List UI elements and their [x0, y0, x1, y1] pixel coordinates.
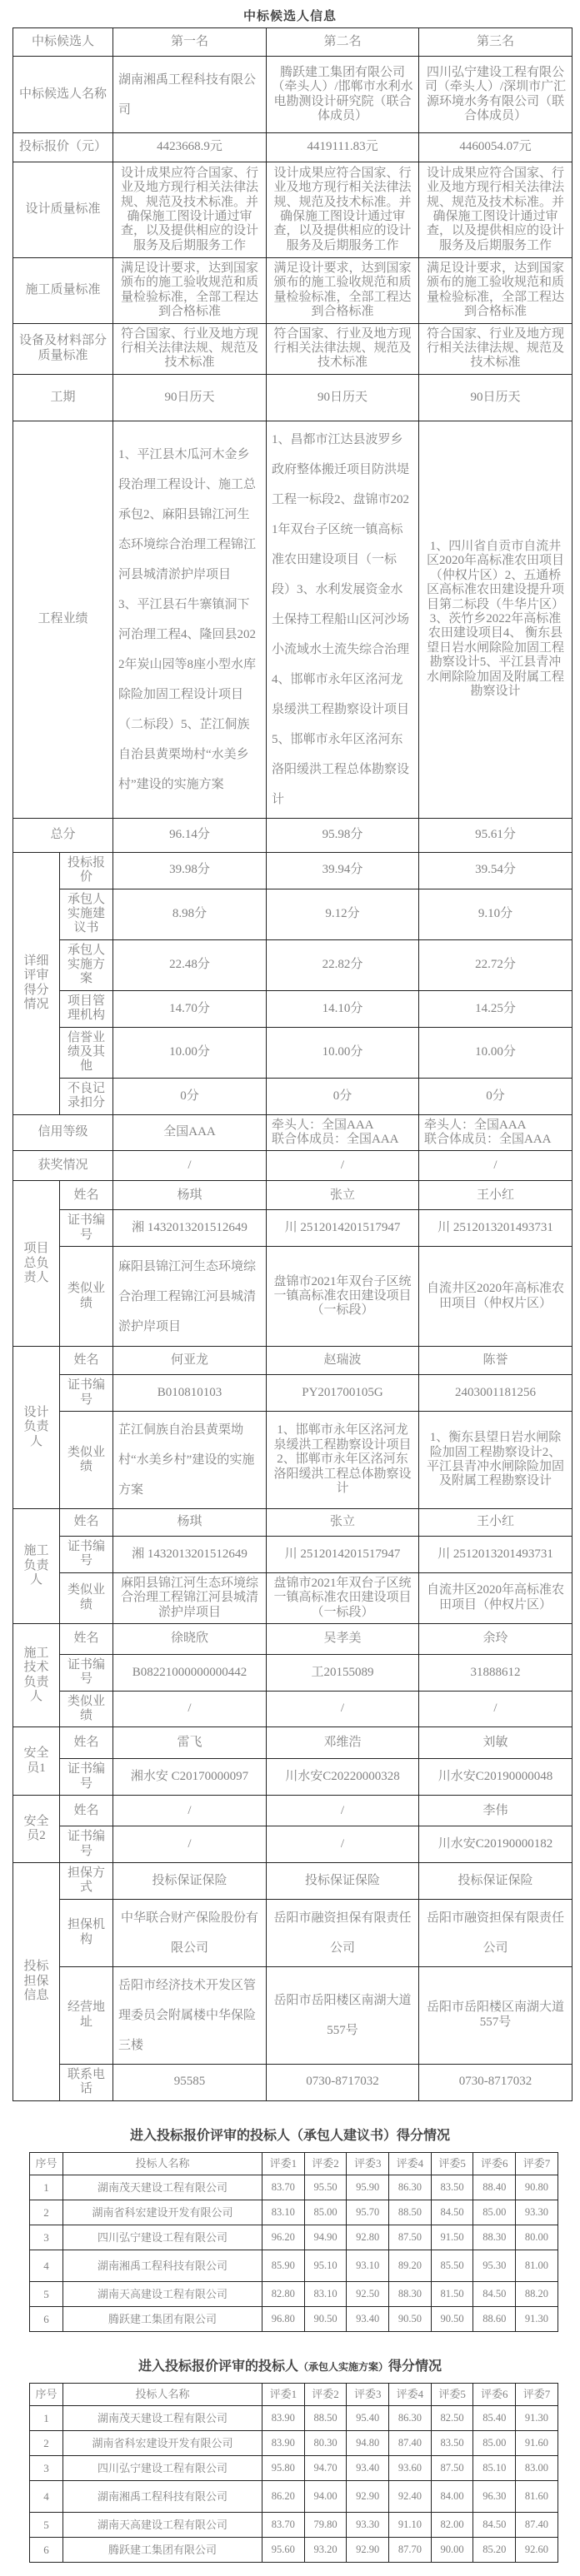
table-row: 投标报价（元） 4423668.9元 4419111.83元 4460054.0… — [13, 133, 572, 162]
row-label: 投标报价 — [60, 852, 113, 889]
score-cell: 91.30 — [516, 2306, 558, 2331]
table-header-row: 中标候选人 第一名 第二名 第三名 — [13, 28, 572, 57]
cell: 川 2512013201493731 — [419, 1210, 572, 1247]
row-label: 姓名 — [60, 1508, 113, 1536]
bidder-name: 腾跃建工集团有限公司 — [63, 2306, 262, 2331]
cell: 陈誉 — [419, 1347, 572, 1375]
proposal-score-table: 序号 投标人名称 评委1 评委2 评委3 评委4 评委5 评委6 评委7 1 湖… — [29, 2152, 558, 2332]
row-label: 类似业绩 — [60, 1247, 113, 1347]
table-row: 证书编号 湘水安 C20170000097 川水安C20220000328 川水… — [13, 1759, 572, 1796]
bidder-name: 湖南湘禹工程科技有限公司 — [63, 2250, 262, 2281]
bidder-name: 四川弘宁建设工程有限公司 — [63, 2455, 262, 2480]
bidder-name: 湖南茂天建设工程有限公司 — [63, 2175, 262, 2200]
section-label: 安全员2 — [13, 1796, 60, 1863]
table-row: 信誉业绩及其他 10.00分 10.00分 10.00分 — [13, 1027, 572, 1078]
row-label: 担保方式 — [60, 1863, 113, 1900]
column-header: 序号 — [30, 2152, 63, 2175]
score-cell: 90.00 — [431, 2537, 473, 2562]
score-cell: 92.60 — [516, 2537, 558, 2562]
table-row: 工期 90日历天 90日历天 90日历天 — [13, 374, 572, 421]
cell: 4419111.83元 — [267, 133, 419, 162]
row-number: 4 — [30, 2480, 63, 2512]
score-cell: 92.90 — [347, 2537, 389, 2562]
section-label: 施工技术负责人 — [13, 1623, 60, 1727]
row-number: 5 — [30, 2512, 63, 2537]
table-row: 联系电话 95585 0730-8717032 0730-8717032 — [13, 2064, 572, 2100]
table-row: 6 腾跃建工集团有限公司 96.80 90.50 93.40 90.50 90.… — [30, 2306, 558, 2331]
row-label: 获奖情况 — [13, 1151, 113, 1181]
cell: 8.98分 — [113, 889, 267, 939]
column-header: 评委5 — [431, 2383, 473, 2405]
score-cell: 84.00 — [431, 2480, 473, 2512]
row-label: 类似业绩 — [60, 1572, 113, 1623]
score-cell: 91.10 — [389, 2512, 432, 2537]
score-cell: 95.10 — [304, 2250, 347, 2281]
score-cell: 80.00 — [516, 2225, 558, 2250]
table-row: 经营地址 岳阳市经济技术开发区管理委员会附属楼中华保险三楼 岳阳市岳阳楼区南湖大… — [13, 1966, 572, 2064]
cell: 腾跃建工集团有限公司（牵头人）/邯郸市水利水电勘测设计研究院（联合体成员） — [267, 57, 419, 133]
cell: / — [113, 1826, 267, 1863]
score-cell: 90.50 — [304, 2306, 347, 2331]
score-cell: 80.30 — [304, 2430, 347, 2455]
cell: 杨琪 — [113, 1508, 267, 1536]
score-cell: 83.10 — [304, 2281, 347, 2306]
column-header: 评委7 — [516, 2152, 558, 2175]
bidder-name: 湖南省科宏建设开发有限公司 — [63, 2430, 262, 2455]
cell: 刘敏 — [419, 1727, 572, 1759]
cell: 4423668.9元 — [113, 133, 267, 162]
cell: 9.10分 — [419, 889, 572, 939]
cell: 张立 — [267, 1508, 419, 1536]
cell: 徐晓欣 — [113, 1623, 267, 1654]
score-cell: 93.30 — [347, 2512, 389, 2537]
cell: PY201700105G — [267, 1375, 419, 1412]
cell: 湘 1432013201512649 — [113, 1210, 267, 1247]
cell: 14.10分 — [267, 990, 419, 1027]
score-cell: 95.90 — [347, 2175, 389, 2200]
cell: 岳阳市融资担保有限责任公司 — [419, 1899, 572, 1966]
table-row: 4 湖南湘禹工程科技有限公司 85.90 95.10 93.10 89.20 8… — [30, 2250, 558, 2281]
row-label: 类似业绩 — [60, 1411, 113, 1508]
cell: 1、四川省自贡市自流井区2020年高标准农田项目（仲权片区）2、五通桥区高标准农… — [419, 421, 572, 818]
cell: 0分 — [419, 1078, 572, 1114]
rank-3-header: 第三名 — [419, 28, 572, 57]
score-cell: 84.50 — [473, 2512, 516, 2537]
cell: 0730-8717032 — [419, 2064, 572, 2100]
score-cell: 85.00 — [473, 2200, 516, 2225]
score-cell: 83.50 — [431, 2430, 473, 2455]
cell: 0730-8717032 — [267, 2064, 419, 2100]
cell: 吴孝美 — [267, 1623, 419, 1654]
column-header: 评委4 — [389, 2383, 432, 2405]
bidder-name: 湖南茂天建设工程有限公司 — [63, 2405, 262, 2430]
score-cell: 83.90 — [262, 2405, 305, 2430]
score-cell: 96.20 — [262, 2225, 305, 2250]
table-row: 类似业绩 / / / — [13, 1691, 572, 1727]
cell: 自流井区2020年高标准农田项目（仲权片区） — [419, 1247, 572, 1347]
score-cell: 93.60 — [389, 2455, 432, 2480]
table-row: 设计质量标准 设计成果应符合国家、行业及地方现行相关法律法规、规范及技术标准。并… — [13, 162, 572, 258]
score-cell: 86.30 — [389, 2175, 432, 2200]
cell: 95.98分 — [267, 818, 419, 852]
cell: 川 2512014201517947 — [267, 1210, 419, 1247]
cell: 10.00分 — [419, 1027, 572, 1078]
winning-candidates-table: 中标候选人 第一名 第二名 第三名 中标候选人名称 湖南湘禹工程科技有限公司 腾… — [12, 27, 572, 2101]
cell: 余玲 — [419, 1623, 572, 1654]
score-cell: 93.40 — [347, 2306, 389, 2331]
cell: / — [267, 1826, 419, 1863]
row-label: 施工质量标准 — [13, 258, 113, 324]
column-header: 评委2 — [304, 2383, 347, 2405]
cell: / — [267, 1151, 419, 1181]
row-label: 中标候选人名称 — [13, 57, 113, 133]
row-number: 3 — [30, 2455, 63, 2480]
row-label: 证书编号 — [60, 1210, 113, 1247]
score-cell: 82.80 — [262, 2281, 305, 2306]
score-cell: 92.90 — [347, 2480, 389, 2512]
score-cell: 87.70 — [389, 2537, 432, 2562]
score-cell: 84.50 — [431, 2200, 473, 2225]
section-label: 施工负责人 — [13, 1508, 60, 1623]
column-header: 投标人名称 — [63, 2152, 262, 2175]
section-label: 安全员1 — [13, 1727, 60, 1796]
cell: 1、衡东县望日岩水闸除险加固工程勘察设计2、平江县青冲水闸除险加固及附属工程勘察… — [419, 1411, 572, 1508]
cell: 95.61分 — [419, 818, 572, 852]
row-label: 总分 — [13, 818, 113, 852]
row-number: 4 — [30, 2250, 63, 2281]
score-cell: 95.40 — [347, 2405, 389, 2430]
score-cell: 95.80 — [262, 2455, 305, 2480]
cell: 岳阳市融资担保有限责任公司 — [267, 1899, 419, 1966]
score-cell: 83.70 — [262, 2512, 305, 2537]
cell: 14.25分 — [419, 990, 572, 1027]
score-cell: 85.20 — [473, 2537, 516, 2562]
column-header: 评委5 — [431, 2152, 473, 2175]
cell: 岳阳市岳阳楼区南湖大道557号 — [419, 1966, 572, 2064]
bidder-name: 湖南省科宏建设开发有限公司 — [63, 2200, 262, 2225]
rank-2-header: 第二名 — [267, 28, 419, 57]
cell: 川水安C20190000048 — [419, 1759, 572, 1796]
cell: 盘锦市2021年双台子区统一镇高标准农田建设项目（一标段） — [267, 1247, 419, 1347]
title-suffix: 得分情况 — [388, 2359, 442, 2374]
section-label: 设计负责人 — [13, 1347, 60, 1509]
section-label: 详细评审得分情况 — [13, 852, 60, 1114]
table-row: 类似业绩 麻阳县锦江河生态环境综合治理工程锦江河县城清淤护岸项目 盘锦市2021… — [13, 1247, 572, 1347]
score-cell: 90.80 — [516, 2175, 558, 2200]
cell: B010810103 — [113, 1375, 267, 1412]
cell: 全国AAA — [113, 1114, 267, 1151]
table-row: 施工负责人 姓名 杨琪 张立 王小红 — [13, 1508, 572, 1536]
cell: 31888612 — [419, 1654, 572, 1691]
cell: 自流井区2020年高标准农田项目（仲权片区） — [419, 1572, 572, 1623]
proposal-score-table-title: 进入投标报价评审的投标人（承包人建议书）得分情况 — [0, 2125, 580, 2144]
row-label: 工程业绩 — [13, 421, 113, 818]
score-cell: 91.30 — [516, 2405, 558, 2430]
score-cell: 93.20 — [304, 2537, 347, 2562]
table-row: 3 四川弘宁建设工程有限公司 95.80 94.70 93.40 93.60 8… — [30, 2455, 558, 2480]
table-row: 不良记录扣分 0分 0分 0分 — [13, 1078, 572, 1114]
cell: 符合国家、行业及地方现行相关法律法规、规范及技术标准 — [113, 323, 267, 374]
table-row: 承包人实施建议书 8.98分 9.12分 9.10分 — [13, 889, 572, 939]
cell: 设计成果应符合国家、行业及地方现行相关法律法规、规范及技术标准。并确保施工图设计… — [419, 162, 572, 258]
score-cell: 85.50 — [431, 2250, 473, 2281]
row-label: 证书编号 — [60, 1759, 113, 1796]
table-row: 4 湖南湘禹工程科技有限公司 86.20 94.00 92.90 92.40 8… — [30, 2480, 558, 2512]
table-row: 获奖情况 / / / — [13, 1151, 572, 1181]
table-row: 5 湖南天高建设工程有限公司 83.70 79.80 93.30 91.10 8… — [30, 2512, 558, 2537]
table-row: 2 湖南省科宏建设开发有限公司 83.10 85.00 95.70 88.50 … — [30, 2200, 558, 2225]
cell: 满足设计要求，达到国家颁布的施工验收规范和质量检验标准，全部工程达到合格标准 — [419, 258, 572, 324]
score-cell: 93.30 — [516, 2200, 558, 2225]
plan-score-table: 序号 投标人名称 评委1 评委2 评委3 评委4 评委5 评委6 评委7 1 湖… — [29, 2383, 558, 2563]
cell: 投标保证保险 — [267, 1863, 419, 1900]
cell: 10.00分 — [113, 1027, 267, 1078]
table-row: 施工技术负责人 姓名 徐晓欣 吴孝美 余玲 — [13, 1623, 572, 1654]
cell: 满足设计要求，达到国家颁布的施工验收规范和质量检验标准，全部工程达到合格标准 — [267, 258, 419, 324]
cell: 麻阳县锦江河生态环境综合治理工程锦江河县城清淤护岸项目 — [113, 1572, 267, 1623]
cell: 川 2512014201517947 — [267, 1536, 419, 1572]
score-cell: 83.00 — [516, 2455, 558, 2480]
plan-score-table-title: 进入投标报价评审的投标人（承包人实施方案）得分情况 — [0, 2355, 580, 2374]
cell: 22.72分 — [419, 939, 572, 990]
table-row: 类似业绩 麻阳县锦江河生态环境综合治理工程锦江河县城清淤护岸项目 盘锦市2021… — [13, 1572, 572, 1623]
cell: 湘水安 C20170000097 — [113, 1759, 267, 1796]
cell: 1、昌都市江达县波罗乡政府整体搬迁项目防洪堤工程一标段2、盘锦市2021年双台子… — [267, 421, 419, 818]
cell: 90日历天 — [113, 374, 267, 421]
cell: 符合国家、行业及地方现行相关法律法规、规范及技术标准 — [267, 323, 419, 374]
score-cell: 83.90 — [262, 2430, 305, 2455]
score-cell: 88.40 — [473, 2175, 516, 2200]
cell: / — [267, 1796, 419, 1826]
cell: 王小红 — [419, 1181, 572, 1210]
row-label: 证书编号 — [60, 1826, 113, 1863]
cell: 盘锦市2021年双台子区统一镇高标准农田建设项目（一标段） — [267, 1572, 419, 1623]
cell: 赵瑞波 — [267, 1347, 419, 1375]
cell: 0分 — [267, 1078, 419, 1114]
cell: 四川弘宁建设工程有限公司（牵头人）/深圳市广汇源环境水务有限公司（联合体成员） — [419, 57, 572, 133]
cell: 王小红 — [419, 1508, 572, 1536]
score-cell: 87.50 — [431, 2455, 473, 2480]
table-row: 设计负责人 姓名 何亚龙 赵瑞波 陈誉 — [13, 1347, 572, 1375]
cell: / — [113, 1151, 267, 1181]
table-row: 中标候选人名称 湖南湘禹工程科技有限公司 腾跃建工集团有限公司（牵头人）/邯郸市… — [13, 57, 572, 133]
table-row: 6 腾跃建工集团有限公司 95.60 93.20 92.90 87.70 90.… — [30, 2537, 558, 2562]
cell: 1、平江县木瓜河木金乡段治理工程设计、施工总承包2、麻阳县锦江河生态环境综合治理… — [113, 421, 267, 818]
table-row: 2 湖南省科宏建设开发有限公司 83.90 80.30 94.80 87.40 … — [30, 2430, 558, 2455]
cell: 14.70分 — [113, 990, 267, 1027]
row-label: 类似业绩 — [60, 1691, 113, 1727]
cell: 39.98分 — [113, 852, 267, 889]
cell: 李伟 — [419, 1796, 572, 1826]
cell: / — [267, 1691, 419, 1727]
row-label: 证书编号 — [60, 1375, 113, 1412]
score-cell: 93.10 — [347, 2250, 389, 2281]
cell: 邓维浩 — [267, 1727, 419, 1759]
row-number: 2 — [30, 2430, 63, 2455]
table-row: 类似业绩 芷江侗族自治县黄栗坳村“水美乡村”建设的实施方案 1、邯郸市永年区洺河… — [13, 1411, 572, 1508]
table-header-row: 序号 投标人名称 评委1 评委2 评委3 评委4 评委5 评委6 评委7 — [30, 2383, 558, 2405]
table-row: 投标担保信息 担保方式 投标保证保险 投标保证保险 投标保证保险 — [13, 1863, 572, 1900]
column-header: 评委2 — [304, 2152, 347, 2175]
cell: 22.48分 — [113, 939, 267, 990]
bidder-name: 湖南湘禹工程科技有限公司 — [63, 2480, 262, 2512]
column-header: 评委6 — [473, 2383, 516, 2405]
score-cell: 82.50 — [431, 2405, 473, 2430]
table-row: 证书编号 B08221000000000442 工20155089 318886… — [13, 1654, 572, 1691]
cell: 0分 — [113, 1078, 267, 1114]
score-cell: 94.90 — [304, 2225, 347, 2250]
bidder-name: 腾跃建工集团有限公司 — [63, 2537, 262, 2562]
score-cell: 87.50 — [389, 2225, 432, 2250]
section-label: 项目总负责人 — [13, 1181, 60, 1347]
cell: 90日历天 — [267, 374, 419, 421]
cell: 川水安C20190000182 — [419, 1826, 572, 1863]
table-header-row: 序号 投标人名称 评委1 评委2 评委3 评委4 评委5 评委6 评委7 — [30, 2152, 558, 2175]
column-header: 评委7 — [516, 2383, 558, 2405]
column-header: 投标人名称 — [63, 2383, 262, 2405]
score-cell: 81.50 — [431, 2281, 473, 2306]
cell: 牵头人：全国AAA 联合体成员：全国AAA — [267, 1114, 419, 1151]
column-header: 评委1 — [262, 2152, 305, 2175]
score-cell: 96.30 — [473, 2480, 516, 2512]
cell: 设计成果应符合国家、行业及地方现行相关法律法规、规范及技术标准。并确保施工图设计… — [267, 162, 419, 258]
score-cell: 83.70 — [262, 2175, 305, 2200]
row-number: 3 — [30, 2225, 63, 2250]
cell: 岳阳市经济技术开发区管理委员会附属楼中华保险三楼 — [113, 1966, 267, 2064]
row-number: 5 — [30, 2281, 63, 2306]
table-row: 项目管理机构 14.70分 14.10分 14.25分 — [13, 990, 572, 1027]
score-cell: 79.80 — [304, 2512, 347, 2537]
table-row: 担保机构 中华联合财产保险股份有限公司 岳阳市融资担保有限责任公司 岳阳市融资担… — [13, 1899, 572, 1966]
cell: 96.14分 — [113, 818, 267, 852]
score-cell: 88.50 — [389, 2200, 432, 2225]
column-header: 评委3 — [347, 2383, 389, 2405]
table-row: 施工质量标准 满足设计要求，达到国家颁布的施工验收规范和质量检验标准，全部工程达… — [13, 258, 572, 324]
section-label: 投标担保信息 — [13, 1863, 60, 2101]
row-label: 联系电话 — [60, 2064, 113, 2100]
cell: 工20155089 — [267, 1654, 419, 1691]
table-row: 信用等级 全国AAA 牵头人：全国AAA 联合体成员：全国AAA 牵头人：全国A… — [13, 1114, 572, 1151]
score-cell: 88.50 — [304, 2405, 347, 2430]
table-row: 设备及材料部分质量标准 符合国家、行业及地方现行相关法律法规、规范及技术标准 符… — [13, 323, 572, 374]
column-header: 序号 — [30, 2383, 63, 2405]
page-title: 中标候选人信息 — [0, 7, 580, 24]
bidder-name: 湖南天高建设工程有限公司 — [63, 2512, 262, 2537]
cell: / — [419, 1151, 572, 1181]
bidder-name: 四川弘宁建设工程有限公司 — [63, 2225, 262, 2250]
table-row: 证书编号 湘 1432013201512649 川 25120142015179… — [13, 1536, 572, 1572]
score-cell: 90.50 — [431, 2306, 473, 2331]
table-row: 3 四川弘宁建设工程有限公司 96.20 94.90 92.80 87.50 9… — [30, 2225, 558, 2250]
table-row: 总分 96.14分 95.98分 95.61分 — [13, 818, 572, 852]
row-label: 姓名 — [60, 1347, 113, 1375]
cell: 10.00分 — [267, 1027, 419, 1078]
score-cell: 82.00 — [431, 2512, 473, 2537]
score-cell: 95.60 — [262, 2537, 305, 2562]
title-prefix: 进入投标报价评审的投标人 — [138, 2359, 298, 2374]
score-cell: 85.00 — [304, 2200, 347, 2225]
row-label: 设计质量标准 — [13, 162, 113, 258]
score-cell: 95.50 — [304, 2175, 347, 2200]
score-cell: 86.30 — [389, 2405, 432, 2430]
cell: 杨琪 — [113, 1181, 267, 1210]
row-label: 投标报价（元） — [13, 133, 113, 162]
cell: 岳阳市岳阳楼区南湖大道557号 — [267, 1966, 419, 2064]
cell: 投标保证保险 — [113, 1863, 267, 1900]
score-cell: 91.60 — [516, 2430, 558, 2455]
table-row: 5 湖南天高建设工程有限公司 82.80 83.10 92.50 88.30 8… — [30, 2281, 558, 2306]
cell: 90日历天 — [419, 374, 572, 421]
cell: 何亚龙 — [113, 1347, 267, 1375]
row-label: 姓名 — [60, 1181, 113, 1210]
score-cell: 91.50 — [431, 2225, 473, 2250]
table-row: 1 湖南茂天建设工程有限公司 83.90 88.50 95.40 86.30 8… — [30, 2405, 558, 2430]
cell: 95585 — [113, 2064, 267, 2100]
table-row: 安全员2 姓名 / / 李伟 — [13, 1796, 572, 1826]
score-cell: 87.40 — [516, 2512, 558, 2537]
cell: 川水安C20220000328 — [267, 1759, 419, 1796]
row-number: 1 — [30, 2175, 63, 2200]
table-row: 工程业绩 1、平江县木瓜河木金乡段治理工程设计、施工总承包2、麻阳县锦江河生态环… — [13, 421, 572, 818]
column-header: 评委1 — [262, 2383, 305, 2405]
row-number: 6 — [30, 2306, 63, 2331]
cell: 牵头人：全国AAA 联合体成员：全国AAA — [419, 1114, 572, 1151]
row-label: 担保机构 — [60, 1899, 113, 1966]
score-cell: 85.90 — [262, 2250, 305, 2281]
row-label: 证书编号 — [60, 1536, 113, 1572]
score-cell: 88.60 — [473, 2306, 516, 2331]
row-label: 承包人实施建议书 — [60, 889, 113, 939]
title-paren: （承包人建议书） — [290, 2129, 397, 2143]
row-number: 6 — [30, 2537, 63, 2562]
column-header: 评委4 — [389, 2152, 432, 2175]
score-cell: 92.80 — [347, 2225, 389, 2250]
column-header: 评委3 — [347, 2152, 389, 2175]
cell: 22.82分 — [267, 939, 419, 990]
score-cell: 83.10 — [262, 2200, 305, 2225]
corner-label: 中标候选人 — [13, 28, 113, 57]
row-label: 设备及材料部分质量标准 — [13, 323, 113, 374]
cell: 2403001181256 — [419, 1375, 572, 1412]
score-cell: 95.70 — [347, 2200, 389, 2225]
score-cell: 89.20 — [389, 2250, 432, 2281]
cell: 投标保证保险 — [419, 1863, 572, 1900]
score-cell: 88.30 — [473, 2225, 516, 2250]
cell: 湘 1432013201512649 — [113, 1536, 267, 1572]
cell: 符合国家、行业及地方现行相关法律法规、规范及技术标准 — [419, 323, 572, 374]
table-row: 项目总负责人 姓名 杨琪 张立 王小红 — [13, 1181, 572, 1210]
row-label: 信用等级 — [13, 1114, 113, 1151]
row-number: 1 — [30, 2405, 63, 2430]
score-cell: 85.10 — [473, 2455, 516, 2480]
row-number: 2 — [30, 2200, 63, 2225]
table-row: 安全员1 姓名 雷飞 邓维浩 刘敏 — [13, 1727, 572, 1759]
cell: / — [113, 1796, 267, 1826]
score-cell: 88.30 — [389, 2281, 432, 2306]
title-suffix: 得分情况 — [397, 2129, 450, 2143]
cell: 雷飞 — [113, 1727, 267, 1759]
cell: 满足设计要求，达到国家颁布的施工验收规范和质量检验标准，全部工程达到合格标准 — [113, 258, 267, 324]
score-cell: 93.40 — [347, 2455, 389, 2480]
table-row: 1 湖南茂天建设工程有限公司 83.70 95.50 95.90 86.30 8… — [30, 2175, 558, 2200]
cell: 9.12分 — [267, 889, 419, 939]
score-cell: 94.00 — [304, 2480, 347, 2512]
score-cell: 85.00 — [473, 2430, 516, 2455]
row-label: 经营地址 — [60, 1966, 113, 2064]
cell: 设计成果应符合国家、行业及地方现行相关法律法规、规范及技术标准。并确保施工图设计… — [113, 162, 267, 258]
cell: 张立 — [267, 1181, 419, 1210]
row-label: 姓名 — [60, 1623, 113, 1654]
